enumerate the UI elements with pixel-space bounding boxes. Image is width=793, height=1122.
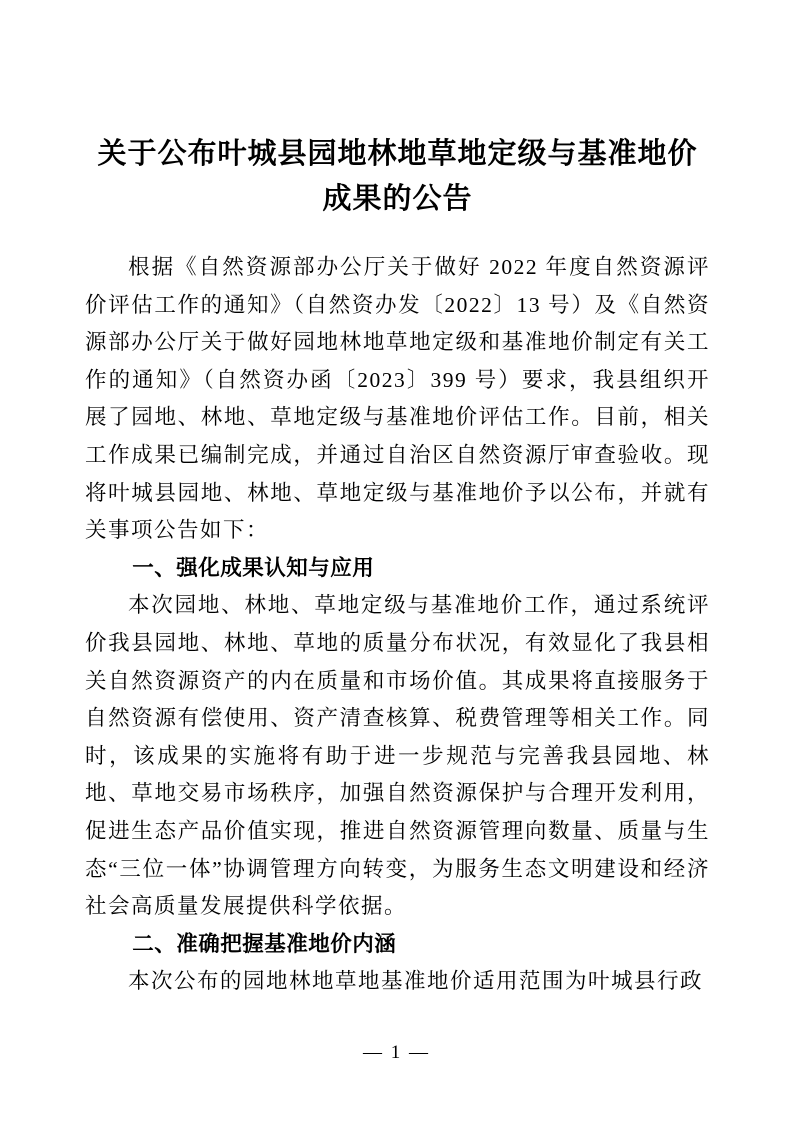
section-heading-2: 二、准确把握基准地价内涵 <box>85 926 710 964</box>
page-title: 关于公布叶城县园地林地草地定级与基准地价 成果的公告 <box>85 132 710 222</box>
document-body: 根据《自然资源部办公厅关于做好 2022 年度自然资源评价评估工作的通知》（自然… <box>85 249 710 1001</box>
paragraph-section-1: 本次园地、林地、草地定级与基准地价工作，通过系统评价我县园地、林地、草地的质量分… <box>85 587 710 925</box>
page-number: — 1 — <box>0 1042 793 1064</box>
document-page: 关于公布叶城县园地林地草地定级与基准地价 成果的公告 根据《自然资源部办公厅关于… <box>0 0 793 1122</box>
document-content: 关于公布叶城县园地林地草地定级与基准地价 成果的公告 根据《自然资源部办公厅关于… <box>85 0 710 1001</box>
page-title-line-2: 成果的公告 <box>85 177 710 222</box>
section-heading-1: 一、强化成果认知与应用 <box>85 550 710 588</box>
paragraph-legal-basis: 根据《自然资源部办公厅关于做好 2022 年度自然资源评价评估工作的通知》（自然… <box>85 249 710 550</box>
page-title-line-1: 关于公布叶城县园地林地草地定级与基准地价 <box>85 132 710 177</box>
paragraph-section-2: 本次公布的园地林地草地基准地价适用范围为叶城县行政 <box>85 963 710 1001</box>
